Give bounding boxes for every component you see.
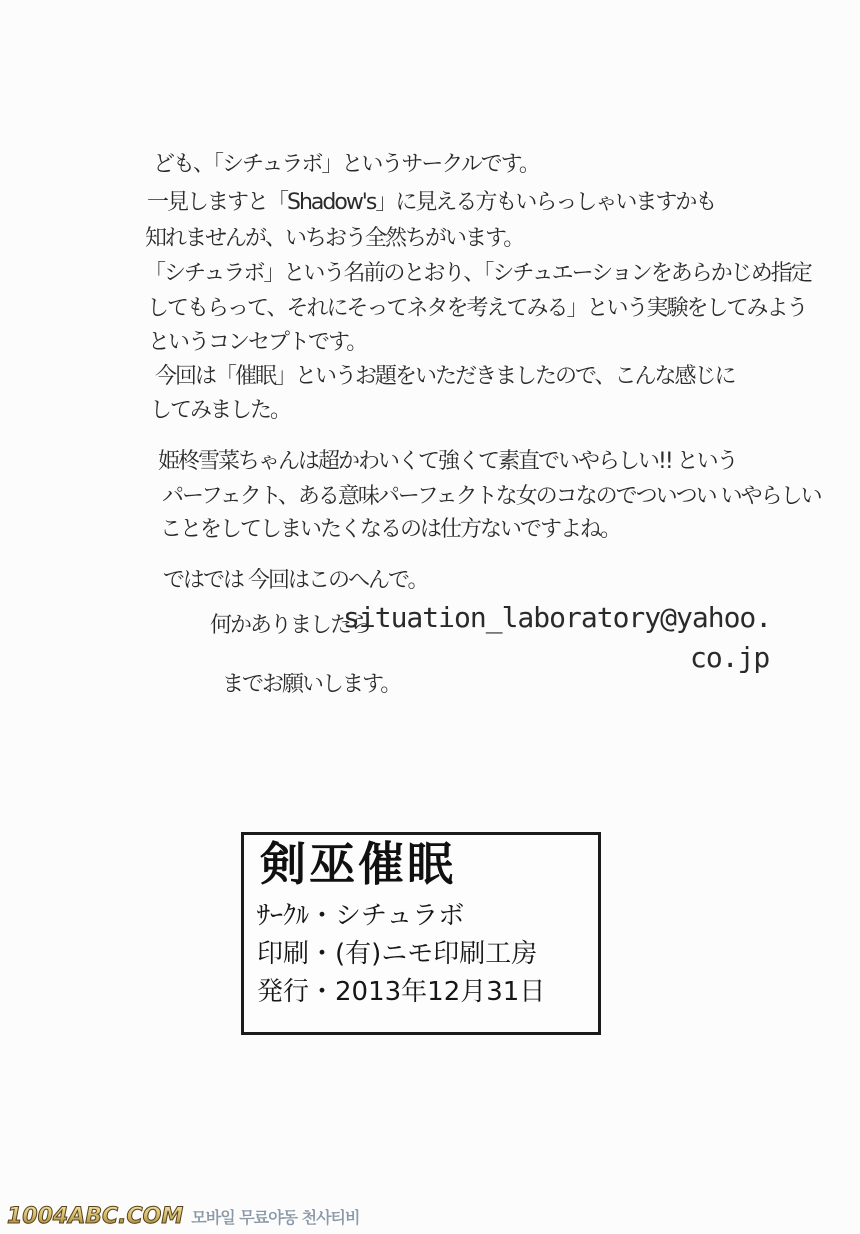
circle-name-row: ｻｰｸﾙ・シチュラボ (257, 902, 598, 932)
handwritten-line: パーフェクト、ある意味パーフェクトな女のコなのでついつい いやらしい (162, 484, 821, 510)
watermark: 1004ABC.COM 모바일 무료야동 천사티비 (7, 1204, 359, 1229)
handwritten-line: ではでは 今回はこのへんで。 (163, 568, 428, 594)
handwritten-line: 姫柊雪菜ちゃんは超かわいくて強くて素直でいやらしい!! という (158, 449, 737, 475)
contact-outro-text: までお願いします。 (222, 672, 400, 698)
handwritten-line: ことをしてしまいたくなるのは仕方ないですよね。 (160, 517, 620, 543)
handwritten-line: 今回は「催眠」というお題をいただきましたので、こんな感じに (155, 364, 735, 390)
handwritten-line: 「シチュラボ」という名前のとおり、「シチュエーションをあらかじめ指定 (144, 261, 811, 287)
publish-date-row: 発行・2013年12月31日 (257, 978, 598, 1008)
scanned-afterword-page: ども、「シチュラボ」というサークルです。 一見しますと「Shadow's」に見え… (0, 0, 860, 1234)
handwritten-line: 知れませんが、いちおう全然ちがいます。 (145, 226, 523, 252)
handwritten-line: してみました。 (150, 398, 290, 424)
book-title: 剣巫催眠 (260, 839, 598, 892)
watermark-site-logo: 1004ABC.COM (7, 1204, 183, 1229)
handwritten-line: 一見しますと「Shadow's」に見える方もいらっしゃいますかも (147, 190, 715, 216)
watermark-tagline: 모바일 무료야동 천사티비 (191, 1205, 359, 1228)
handwritten-line: というコンセプトです。 (148, 330, 366, 356)
contact-email-line2: co.jp (690, 641, 769, 674)
handwritten-line: してもらって、それにそってネタを考えてみる」という実験をしてみよう (147, 296, 807, 322)
contact-email-line1: situation_laboratory@yahoo. (343, 601, 771, 634)
handwritten-line: ども、「シチュラボ」というサークルです。 (153, 152, 539, 178)
printer-row: 印刷・(有)ニモ印刷工房 (257, 940, 598, 970)
colophon-box: 剣巫催眠 ｻｰｸﾙ・シチュラボ 印刷・(有)ニモ印刷工房 発行・2013年12月… (241, 832, 601, 1035)
